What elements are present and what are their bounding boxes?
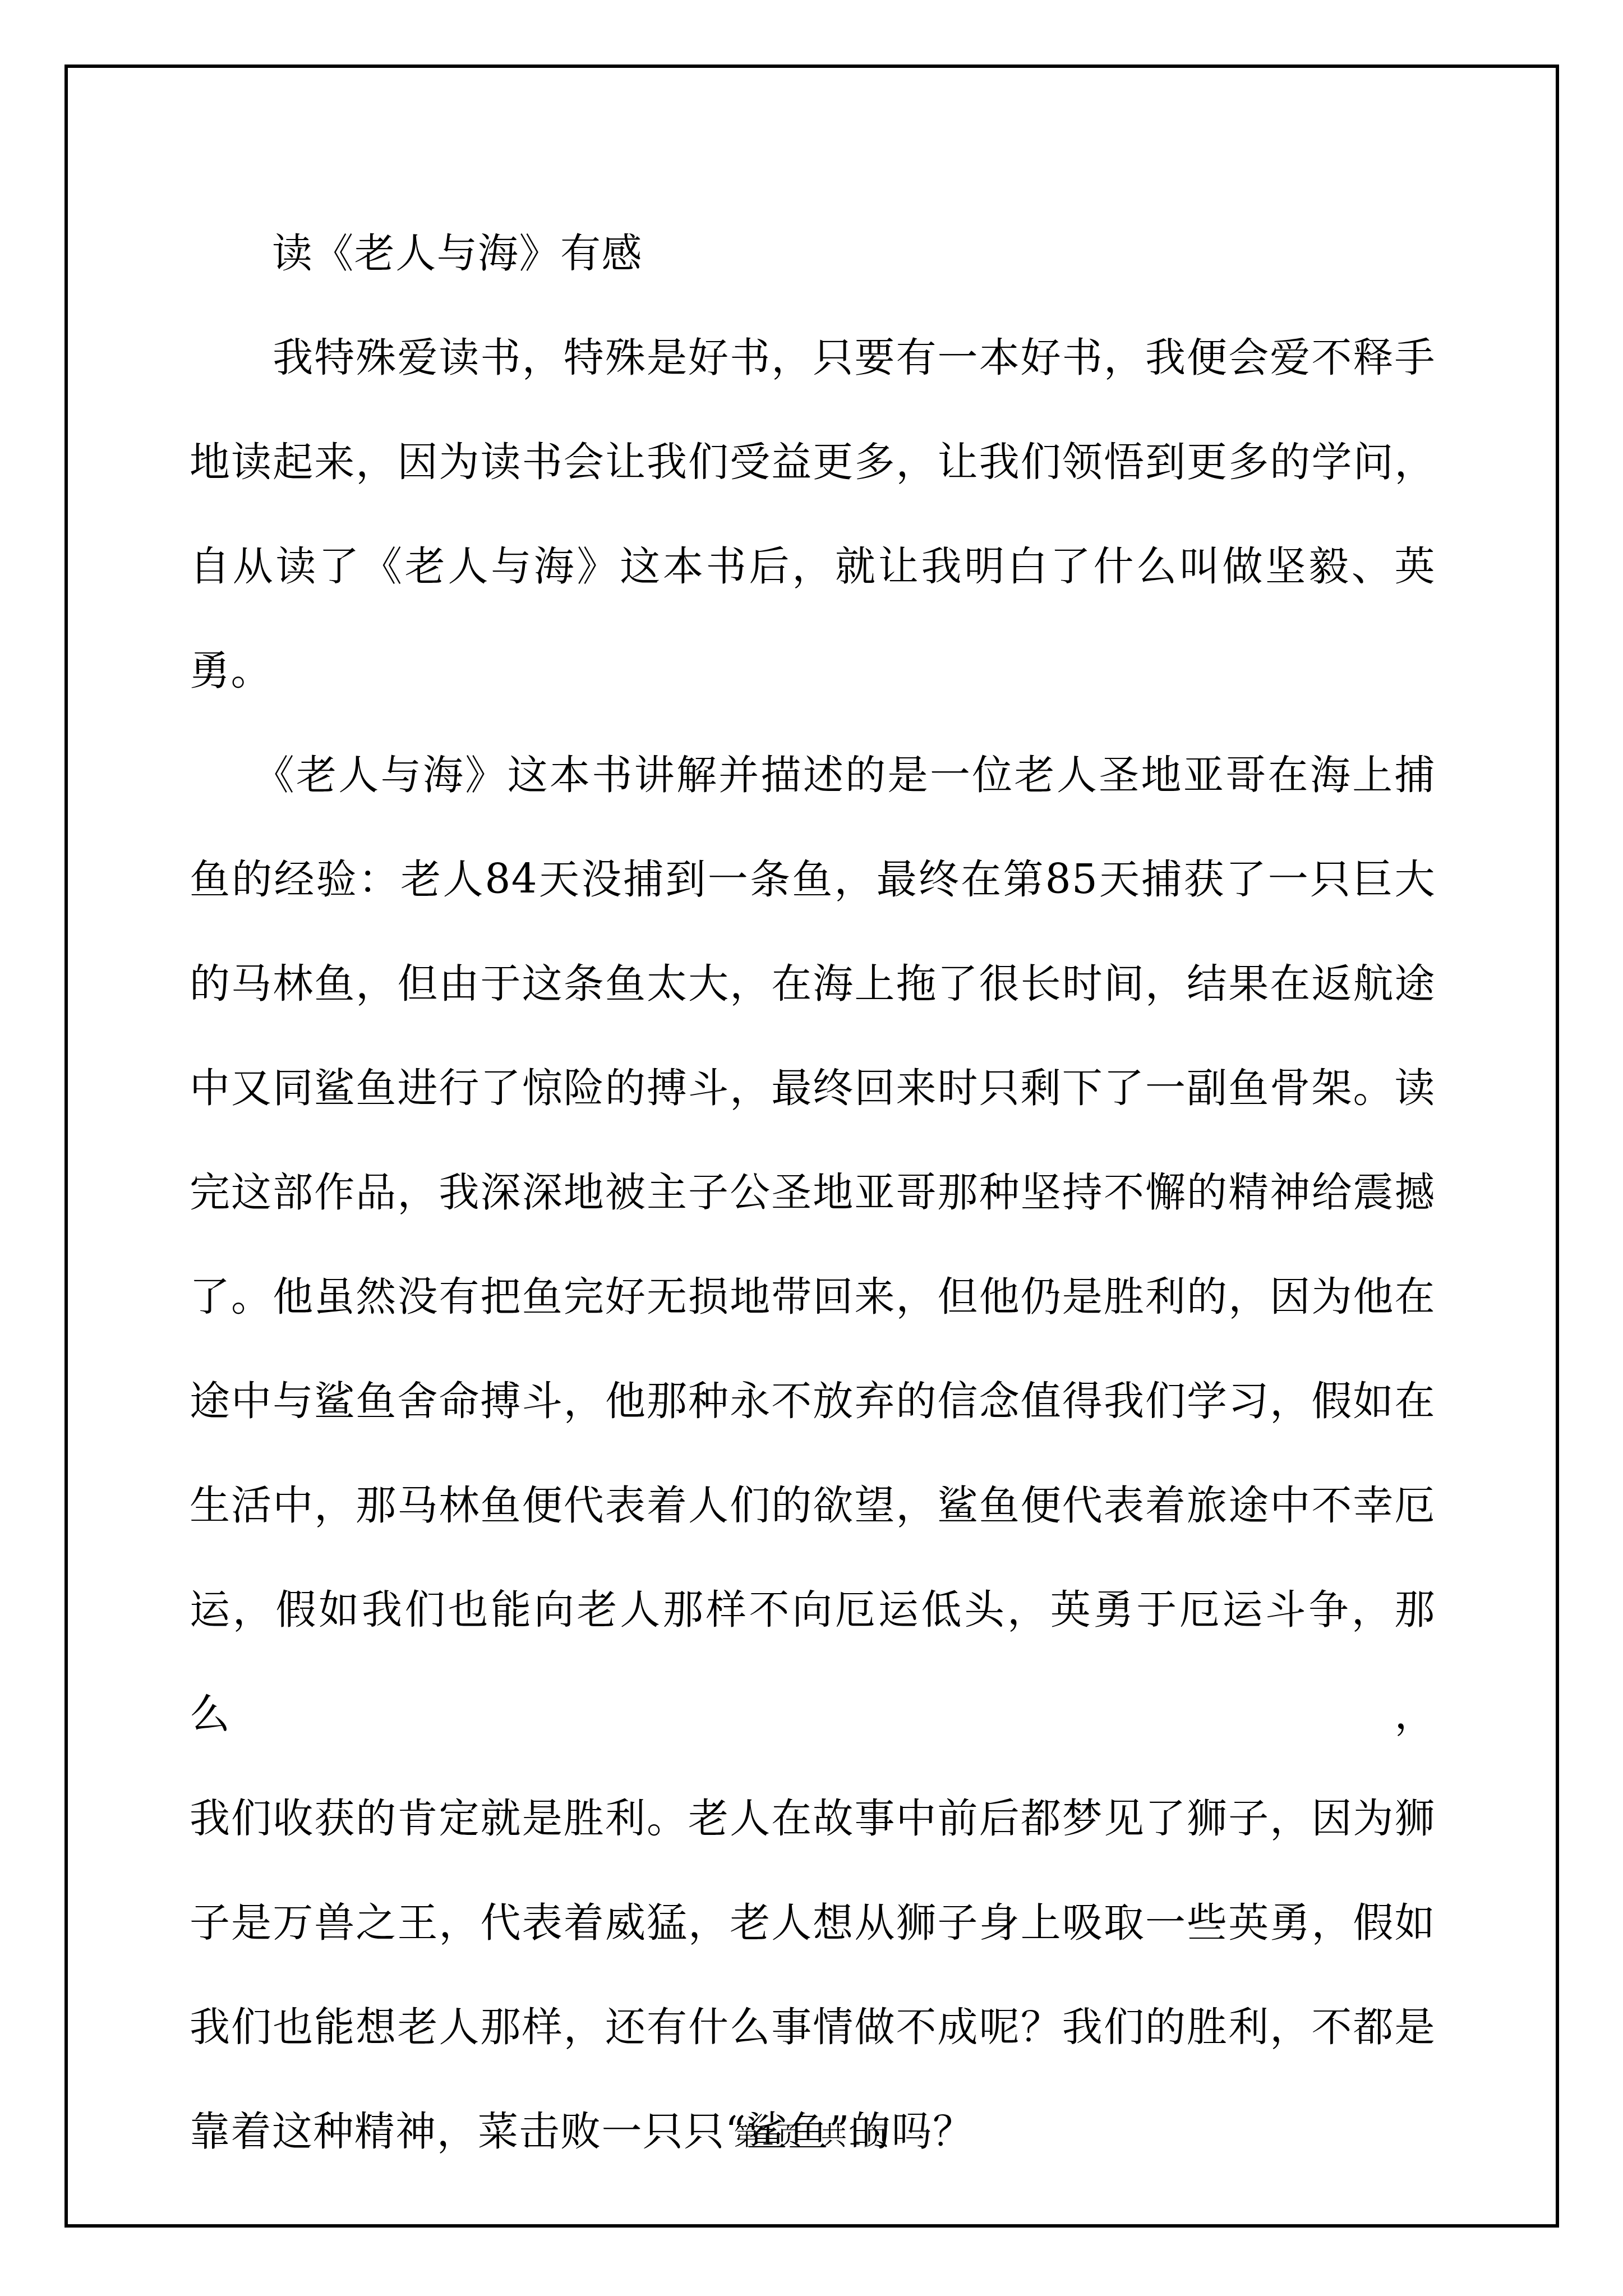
text-line: 的马林鱼，但由于这条鱼太大，在海上拖了很长时间，结果在返航途 [190, 931, 1436, 1036]
text-line: 生活中，那马林鱼便代表着人们的欲望，鲨鱼便代表着旅途中不幸厄 [190, 1453, 1436, 1557]
total-pages-label: 共1页 [821, 2120, 889, 2151]
paragraph-lines: 我特殊爱读书，特殊是好书，只要有一本好书，我便会爱不释手地读起来，因为读书会让我… [190, 305, 1436, 2183]
text-line: 地读起来，因为读书会让我们受益更多，让我们领悟到更多的学问， [190, 409, 1436, 514]
text-line: 《老人与海》这本书讲解并描述的是一位老人圣地亚哥在海上捕 [190, 723, 1436, 827]
text-line: 了。他虽然没有把鱼完好无损地带回来，但他仍是胜利的，因为他在 [190, 1244, 1436, 1349]
text-line: 子是万兽之王，代表着威猛，老人想从狮子身上吸取一些英勇，假如 [190, 1870, 1436, 1975]
text-line: 我们也能想老人那样，还有什么事情做不成呢？我们的胜利，不都是 [190, 1975, 1436, 2079]
text-line: 中又同鲨鱼进行了惊险的搏斗，最终回来时只剩下了一副鱼骨架。读 [190, 1036, 1436, 1140]
text-line: 自从读了《老人与海》这本书后，就让我明白了什么叫做坚毅、英勇。 [190, 514, 1436, 723]
text-line: 完这部作品，我深深地被主子公圣地亚哥那种坚持不懈的精神给震撼 [190, 1140, 1436, 1244]
current-page-label: 第1页 [734, 2120, 802, 2151]
text-line: 我们收获的肯定就是胜利。老人在故事中前后都梦见了狮子，因为狮 [190, 1766, 1436, 1870]
page-footer: 第1页共1页 [0, 2116, 1623, 2155]
essay-text-block: 读《老人与海》有感 我特殊爱读书，特殊是好书，只要有一本好书，我便会爱不释手地读… [190, 201, 1436, 2183]
text-line: 途中与鲨鱼舍命搏斗，他那种永不放弃的信念值得我们学习，假如在 [190, 1349, 1436, 1453]
text-line: 鱼的经验：老人84天没捕到一条鱼，最终在第85天捕获了一只巨大 [190, 827, 1436, 931]
document-title: 读《老人与海》有感 [190, 201, 1436, 305]
text-line: 我特殊爱读书，特殊是好书，只要有一本好书，我便会爱不释手 [190, 305, 1436, 409]
document-page: 读《老人与海》有感 我特殊爱读书，特殊是好书，只要有一本好书，我便会爱不释手地读… [0, 0, 1623, 2296]
text-line: 运，假如我们也能向老人那样不向厄运低头，英勇于厄运斗争，那么， [190, 1557, 1436, 1766]
